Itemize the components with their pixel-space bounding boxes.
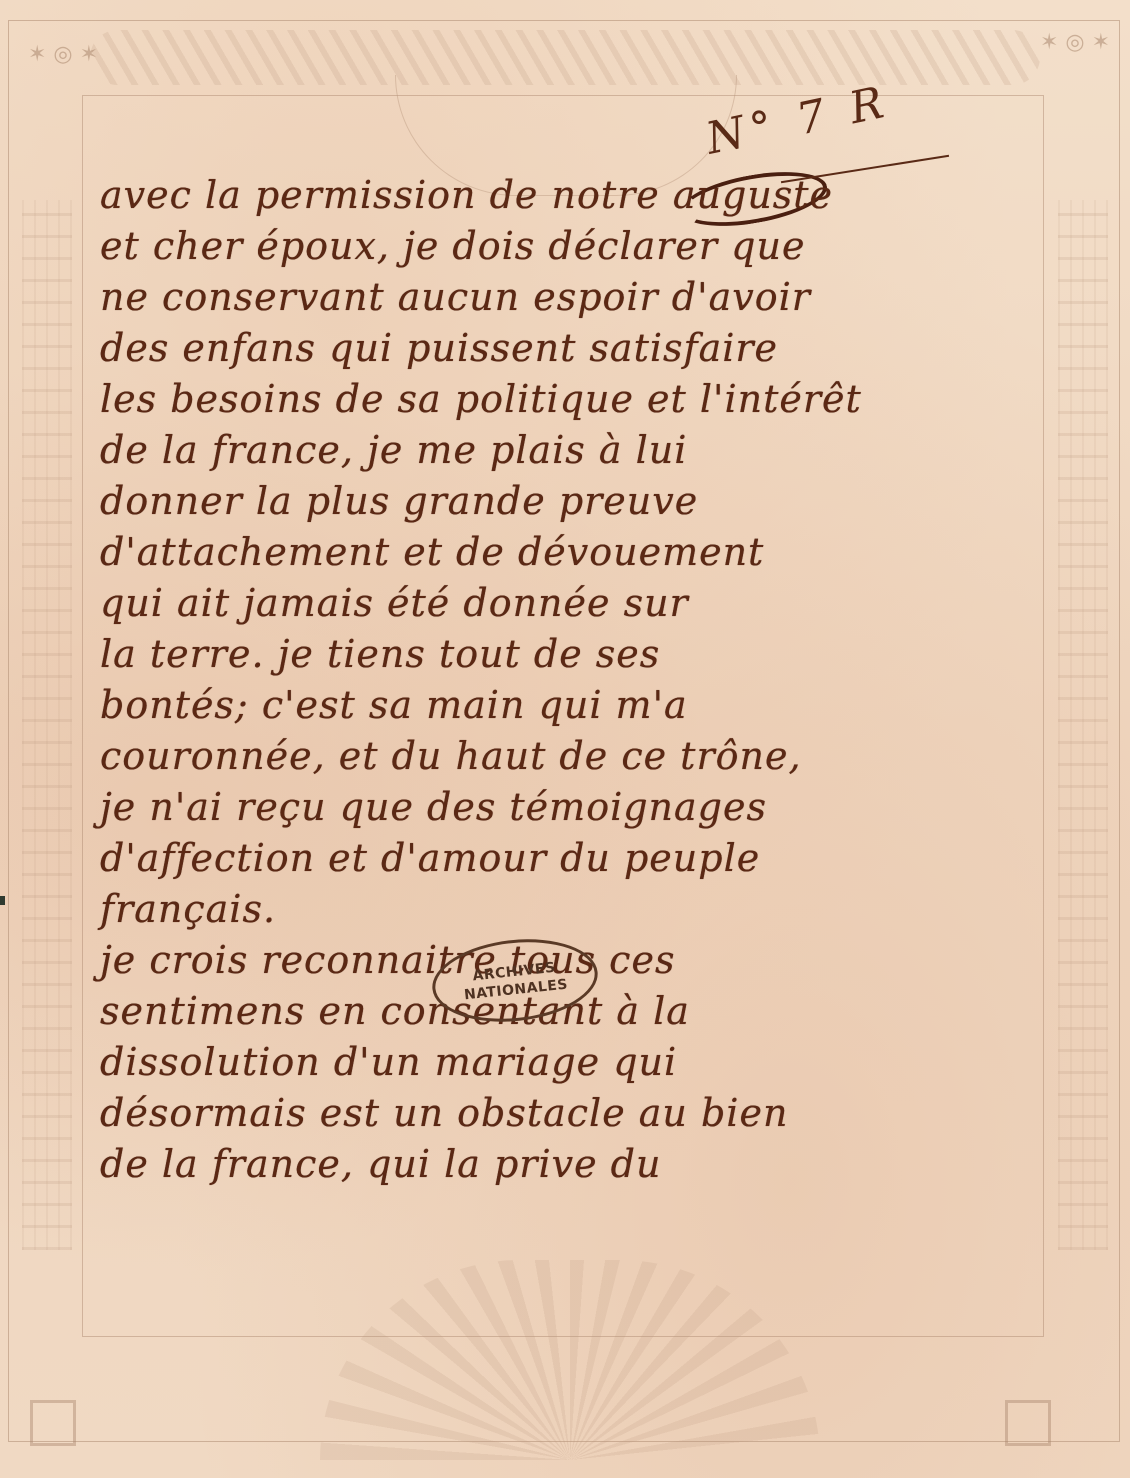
letter-line: et cher époux, je dois déclarer que	[100, 221, 1100, 272]
letter-line: les besoins de sa politique et l'intérêt	[100, 374, 1100, 425]
letter-line: donner la plus grande preuve	[100, 476, 1100, 527]
letter-line: français.	[100, 884, 1100, 935]
letter-line: bontés; c'est sa main qui m'a	[100, 680, 1100, 731]
greek-key-ornament-right	[1005, 1400, 1051, 1446]
letter-line: ne conservant aucun espoir d'avoir	[100, 272, 1100, 323]
letter-line: de la france, qui la prive du	[100, 1139, 1100, 1190]
star-icon: ✶ ◎ ✶	[28, 42, 98, 67]
letter-body: avec la permission de notre auguste et c…	[100, 170, 1100, 1190]
letter-line: dissolution d'un mariage qui	[100, 1037, 1100, 1088]
letter-line: de la france, je me plais à lui	[100, 425, 1100, 476]
letter-line: d'affection et d'amour du peuple	[100, 833, 1100, 884]
letter-line: des enfans qui puissent satisfaire	[100, 323, 1100, 374]
greek-key-ornament-left	[30, 1400, 76, 1446]
margin-mark	[0, 896, 5, 905]
letter-page: ✶ ◎ ✶ ✶ ◎ ✶ N° 7 R avec la permission de…	[0, 0, 1130, 1478]
letter-line: désormais est un obstacle au bien	[100, 1088, 1100, 1139]
letter-line: avec la permission de notre auguste	[100, 170, 1100, 221]
letter-line: je n'ai reçu que des témoignages	[100, 782, 1100, 833]
letter-line: d'attachement et de dévouement	[100, 527, 1100, 578]
letter-line: couronnée, et du haut de ce trône,	[100, 731, 1100, 782]
letter-line: la terre. je tiens tout de ses	[100, 629, 1100, 680]
left-border-pattern	[22, 200, 72, 1250]
letter-line: qui ait jamais été donnée sur	[100, 578, 1100, 629]
star-icon: ✶ ◎ ✶	[1040, 30, 1110, 55]
letter-line: je crois reconnaitre tous ces	[100, 935, 1100, 986]
letter-line: sentimens en consentant à la	[100, 986, 1100, 1037]
